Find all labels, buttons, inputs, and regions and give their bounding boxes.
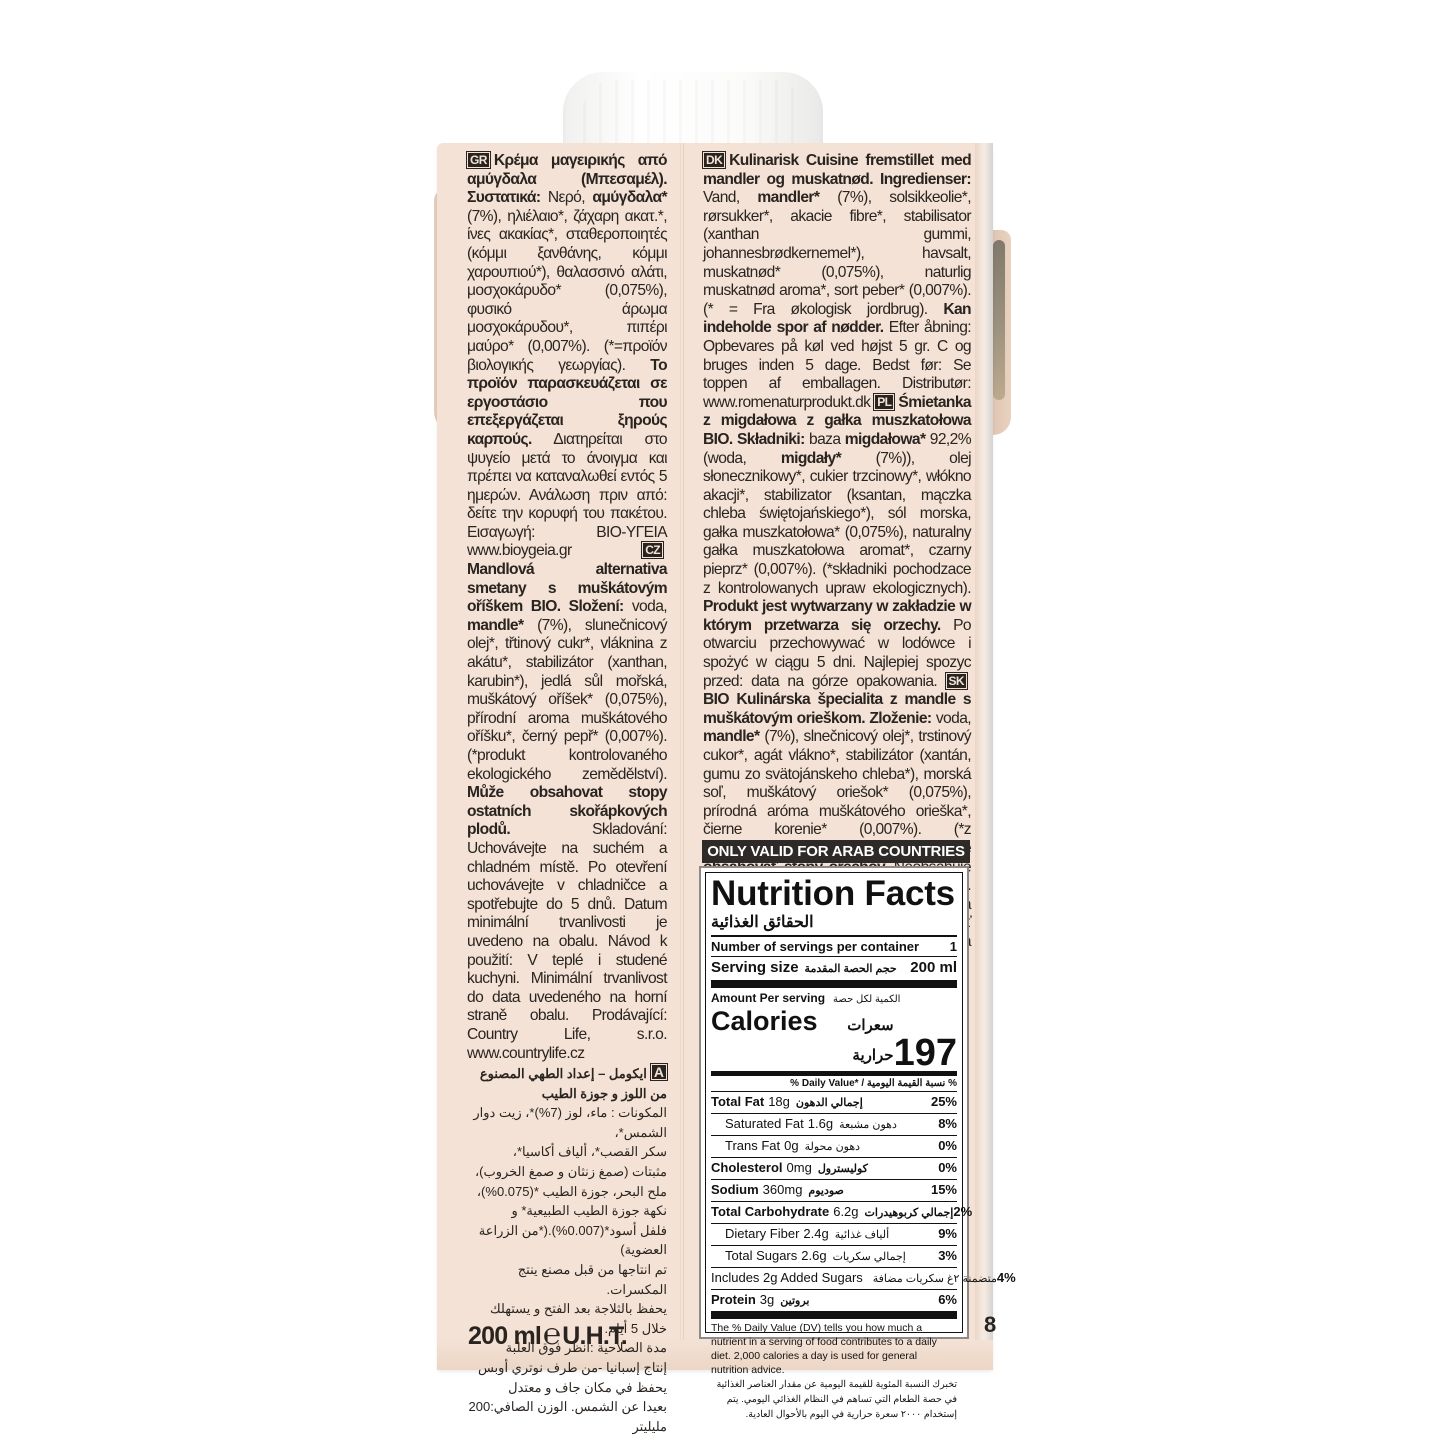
lang-tag-gr: GR	[467, 152, 490, 168]
nutrient-amount: 6.2g	[833, 1202, 858, 1221]
calories-value: 197	[894, 1035, 957, 1071]
nutrient-name: Saturated Fat	[725, 1114, 804, 1133]
calories-label-group: Caloriesسعرات حرارية	[711, 1006, 894, 1071]
nutrient-daily-value: 25%	[931, 1092, 957, 1111]
nutrient-label-group: Dietary Fiber2.4gألياف غذائية	[711, 1224, 889, 1245]
calories-label-ar: سعرات حرارية	[820, 1011, 894, 1071]
nutrient-daily-value: 4%	[997, 1268, 1016, 1287]
nutrient-name-ar: دهون محولة	[805, 1138, 860, 1157]
nutrient-daily-value: 3%	[938, 1246, 957, 1265]
nutrient-row: Protein3gبروتين6%	[711, 1289, 957, 1311]
ar-line: بعيدا عن الشمس. الوزن الصافي:200 مليليتر	[467, 1397, 667, 1436]
gr-title: Κρέμα μαγειρικής από αμύγδαλα (Μπεσαμέλ)…	[467, 152, 667, 188]
nutrient-row: Saturated Fat1.6gدهون مشبعة8%	[711, 1113, 957, 1135]
serving-size-value: 200 ml	[910, 957, 957, 979]
volume-value: 200 ml	[468, 1322, 541, 1350]
sk-ingredients: (7%), slnečnicový olej*, trstinový cukor…	[703, 728, 971, 857]
calories-label: Calories	[711, 1006, 818, 1036]
nutrient-row: Sodium360mgصوديوم15%	[711, 1179, 957, 1201]
nutrient-label-group: Protein3gبروتين	[711, 1290, 809, 1311]
serving-size-label-ar: حجم الحصة المقدمة	[805, 958, 897, 980]
nutrition-facts-frame: Nutrition Facts الحقائق الغذائية Number …	[705, 872, 963, 1333]
nutrient-name: Total Carbohydrate	[711, 1202, 829, 1221]
dk-ingredients-bold: mandler*	[757, 189, 819, 206]
nutrient-name-ar: إجمالي سكريات	[833, 1248, 906, 1267]
nutrient-label-group: Total Carbohydrate6.2gإجمالي كربوهيدرات	[711, 1202, 953, 1223]
dk-ingredients-pre: Vand,	[703, 189, 740, 206]
serving-size-label-group: Serving sizeحجم الحصة المقدمة	[711, 957, 897, 980]
nutrient-daily-value: 6%	[938, 1290, 957, 1309]
pl-ingredients-bold: migdałowa*	[845, 431, 926, 448]
nutrient-daily-value: 8%	[938, 1114, 957, 1133]
lang-tag-dk: DK	[703, 152, 725, 168]
nutrient-name: Sodium	[711, 1180, 759, 1199]
lang-tag-pl: PL	[874, 394, 894, 410]
ar-line: إنتاج إسبانيا -من طرف نوتري أوبس	[467, 1358, 667, 1378]
nutrient-amount: 0g	[784, 1136, 798, 1155]
nutrient-row: Total Carbohydrate6.2gإجمالي كربوهيدرات2…	[711, 1201, 957, 1223]
nutrient-daily-value: 9%	[938, 1224, 957, 1243]
nutrient-row: Dietary Fiber2.4gألياف غذائية9%	[711, 1223, 957, 1245]
nutrient-row: Cholesterol0mgكوليسترول0%	[711, 1157, 957, 1179]
sk-ingredients-label: Zloženie:	[869, 710, 931, 727]
nutrient-daily-value: 2%	[953, 1202, 972, 1221]
amount-per-serving-label: Amount Per serving	[711, 990, 825, 1006]
daily-value-footnote: The % Daily Value (DV) tells you how muc…	[711, 1319, 957, 1377]
ar-line: فلفل أسود*(0.007%).(*من الزراعة العضوية)	[467, 1221, 667, 1260]
cz-ingredients-label: Složení:	[569, 598, 624, 615]
nutrient-name: Cholesterol	[711, 1158, 783, 1177]
nutrient-name: Total Fat	[711, 1092, 764, 1111]
label-ar: Aايكومل – إعداد الطهي المصنوع من اللوز و…	[467, 1064, 667, 1436]
ar-line: سكر القصب*، ألياف أكاسيا*،	[467, 1142, 667, 1162]
nutrient-amount: 1.6g	[808, 1114, 833, 1133]
nutrient-label-group: Saturated Fat1.6gدهون مشبعة	[711, 1114, 897, 1135]
dk-ingredients-label: Ingredienser:	[880, 171, 971, 188]
gr-storage: Διατηρείται στο ψυγείο μετά το άνοιγμα κ…	[467, 431, 667, 560]
servings-value: 1	[950, 937, 957, 956]
nutrient-row: Total Fat18gإجمالي الدهون25%	[711, 1092, 957, 1113]
ar-title: ايكومل – إعداد الطهي المصنوع من اللوز و …	[480, 1066, 667, 1101]
pl-ingredients: (7%)), olej słonecznikowy*, cukier trzci…	[703, 450, 971, 597]
nutrient-name-ar: بروتين	[780, 1292, 809, 1311]
nutrient-amount: 18g	[768, 1092, 790, 1111]
gr-ingredients: (7%), ηλιέλαιο*, ζάχαρη ακατ.*, ίνες ακα…	[467, 208, 667, 374]
nutrient-label-group: Cholesterol0mgكوليسترول	[711, 1158, 868, 1179]
nutrition-title-ar: الحقائق الغذائية	[711, 913, 957, 933]
nutrition-facts-panel: Nutrition Facts الحقائق الغذائية Number …	[699, 866, 969, 1339]
gr-ingredients-bold: αμύγδαλα*	[592, 189, 667, 206]
nutrient-amount: 2.4g	[803, 1224, 828, 1243]
calories-row: Caloriesسعرات حرارية 197	[711, 1006, 957, 1071]
ar-line-0: Aايكومل – إعداد الطهي المصنوع من اللوز و…	[467, 1064, 667, 1103]
serving-size-row: Serving sizeحجم الحصة المقدمة 200 ml	[711, 957, 957, 980]
nutrient-daily-value: 15%	[931, 1180, 957, 1199]
pl-allergen-warning: Produkt jest wytwarzany w zakładzie w kt…	[703, 598, 971, 634]
nutrient-name-ar: متضمنة ٢غ سكريات مضافة	[873, 1270, 997, 1289]
daily-value-header: % Daily Value* / نسبة القيمة اليومية %	[711, 1076, 957, 1091]
lang-tag-ar: A	[651, 1064, 667, 1080]
bottle-cap	[563, 72, 823, 154]
ar-line: نكهة جوزة الطيب الطبيعية* و	[467, 1201, 667, 1221]
nutrient-name: Dietary Fiber	[725, 1224, 799, 1243]
pl-ingredients-label: Składniki:	[737, 431, 805, 448]
pl-ingredients-bold2: migdały*	[781, 450, 841, 467]
nutrient-name-ar: كوليسترول	[818, 1160, 868, 1179]
nutrient-name: Total Sugars	[725, 1246, 797, 1265]
daily-value-footnote-ar: تخبرك النسبة المئوية للقيمة اليومية عن م…	[711, 1377, 957, 1422]
carton-seam	[680, 143, 684, 1370]
net-volume: 200 ml℮U.H.T.	[468, 1318, 627, 1352]
nutrient-amount: 3g	[760, 1290, 774, 1309]
cz-ingredients-pre: voda,	[632, 598, 667, 615]
nutrient-name-ar: إجمالي الدهون	[796, 1094, 863, 1113]
nutrient-label-group: Total Sugars2.6gإجمالي سكريات	[711, 1246, 906, 1267]
nutrient-amount: 0mg	[787, 1158, 812, 1177]
arab-countries-banner: ONLY VALID FOR ARAB COUNTRIES	[702, 840, 970, 863]
nutrient-label-group: Includes 2g Added Sugarsمتضمنة ٢غ سكريات…	[711, 1268, 997, 1289]
nutrient-list: Total Fat18gإجمالي الدهون25%Saturated Fa…	[711, 1092, 957, 1311]
nutrient-name: Protein	[711, 1290, 756, 1309]
carton-right-edge	[975, 143, 993, 1370]
ar-line: مثبتات (صمغ زنثان و صمغ الخروب)،	[467, 1162, 667, 1182]
uht-label: U.H.T.	[562, 1322, 627, 1350]
nutrient-daily-value: 0%	[938, 1158, 957, 1177]
gr-ingredients-pre: Νερό,	[548, 189, 585, 206]
label-gr: GRΚρέμα μαγειρικής από αμύγδαλα (Μπεσαμέ…	[467, 152, 667, 1063]
cz-ingredients-bold: mandle*	[467, 617, 523, 634]
cz-ingredients: (7%), slunečnicový olej*, třtinový cukr*…	[467, 617, 667, 783]
gr-ingredients-label: Συστατικά:	[467, 189, 540, 206]
nutrition-title: Nutrition Facts	[711, 875, 957, 913]
nutrient-name-ar: ألياف غذائية	[835, 1226, 889, 1245]
serving-size-label: Serving size	[711, 957, 799, 979]
servings-row: Number of servings per container 1	[711, 937, 957, 956]
nutrient-row: Total Sugars2.6gإجمالي سكريات3%	[711, 1245, 957, 1267]
cz-storage: Skladování: Uchovávejte na suchém a chla…	[467, 821, 667, 1061]
divider-thick	[711, 980, 957, 988]
nutrient-amount: 360mg	[763, 1180, 803, 1199]
flap-print	[993, 240, 1005, 400]
nutrient-label-group: Trans Fat0gدهون محولة	[711, 1136, 860, 1157]
servings-label: Number of servings per container	[711, 937, 919, 956]
nutrient-name-ar: دهون مشبعة	[839, 1116, 897, 1135]
ar-line: تم انتاجها من قبل مصنع ينتج المكسرات.	[467, 1260, 667, 1299]
left-label-column: GRΚρέμα μαγειρικής από αμύγδαλα (Μπεσαμέ…	[467, 152, 667, 1063]
edge-print-mark: 8	[984, 1312, 996, 1338]
ar-line: يحفظ في مكان جاف و معتدل	[467, 1378, 667, 1398]
pl-ingredients-pre: baza	[809, 431, 840, 448]
nutrient-name-ar: إجمالي كربوهيدرات	[865, 1204, 954, 1223]
lang-tag-sk: SK	[946, 673, 967, 689]
nutrient-name-ar: صوديوم	[808, 1182, 843, 1201]
lang-tag-cz: CZ	[642, 542, 663, 558]
nutrient-label-group: Sodium360mgصوديوم	[711, 1180, 844, 1201]
sk-ingredients-bold: mandle*	[703, 728, 759, 745]
nutrient-label-group: Total Fat18gإجمالي الدهون	[711, 1092, 863, 1113]
dk-ingredients: (7%), solsikkeolie*, rørsukker*, akacie …	[703, 189, 971, 318]
nutrient-row: Includes 2g Added Sugarsمتضمنة ٢غ سكريات…	[711, 1267, 957, 1289]
ar-line: المكونات : ماء، لوز (7%)*، زيت دوار الشم…	[467, 1103, 667, 1142]
sk-ingredients-pre: voda,	[936, 710, 971, 727]
ar-line: ملح البحر، جوزة الطيب *(0.075%)،	[467, 1182, 667, 1202]
nutrient-name: Includes 2g Added Sugars	[711, 1268, 863, 1287]
nutrient-daily-value: 0%	[938, 1136, 957, 1155]
nutrient-name: Trans Fat	[725, 1136, 780, 1155]
nutrient-amount: 2.6g	[801, 1246, 826, 1265]
divider-thick	[711, 1311, 957, 1319]
e-mark-icon: ℮	[543, 1318, 560, 1351]
nutrient-row: Trans Fat0gدهون محولة0%	[711, 1135, 957, 1157]
